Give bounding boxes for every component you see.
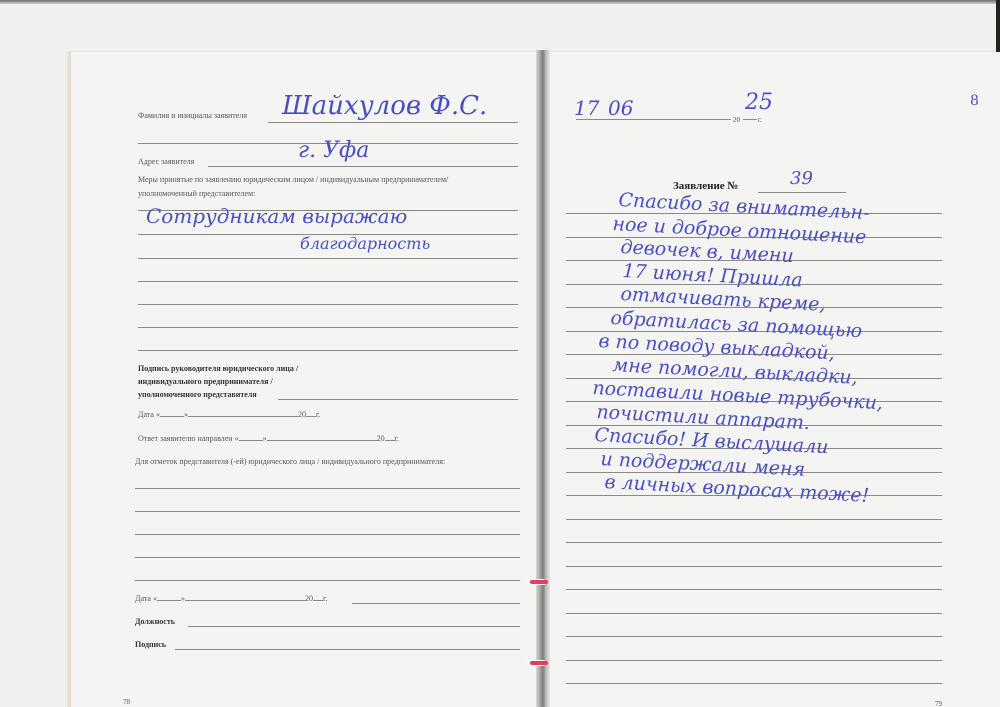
statement-rule-line (566, 613, 942, 614)
signature-line (175, 649, 520, 650)
date2-extra-line (352, 603, 520, 604)
signature-head-label-2: индивидуального предпринимателя / (138, 377, 273, 387)
measures-value-1: Сотрудникам выражаю (146, 206, 407, 226)
statement-rule-line (566, 660, 942, 661)
year-prefix: 20 (733, 115, 740, 125)
notes-label: Для отметок представителя (-ей) юридичес… (135, 457, 445, 467)
measures-line-7 (138, 350, 518, 351)
date2-label: Дата «»20г. (135, 594, 327, 604)
date-day: 17 (574, 98, 599, 118)
statement-rule-line (566, 589, 942, 590)
notes-line-5 (135, 580, 520, 581)
measures-line-5 (138, 304, 518, 305)
statement-number-line (758, 192, 846, 193)
left-page-number: 78 (123, 698, 130, 706)
statement-number: 39 (790, 170, 813, 188)
applicant-name-value: Шайхулов Ф.С. (282, 93, 487, 119)
signature-head-line (278, 399, 518, 400)
statement-rule-line (566, 519, 942, 520)
notes-line-3 (135, 534, 520, 535)
position-line (188, 626, 520, 627)
year-value: 25 (745, 92, 773, 114)
right-page-number: 79 (935, 700, 942, 707)
statement-rule-line (566, 636, 942, 637)
statement-rule-line (566, 566, 942, 567)
staple-bottom (530, 661, 548, 665)
year-suffix: г. (758, 115, 762, 125)
scan-edge-right (996, 0, 1000, 52)
statement-rule-line (566, 542, 942, 543)
measures-line-4 (138, 281, 518, 282)
signature-head-label-1: Подпись руководителя юридического лица / (138, 364, 298, 374)
corner-mark: 8 (970, 94, 979, 108)
scan-edge-top (0, 0, 1000, 4)
applicant-name-label: Фамилия и инициалы заявителя (138, 111, 247, 121)
position-label: Должность (135, 617, 175, 627)
measures-line-3 (138, 258, 518, 259)
notes-line-1 (135, 488, 520, 489)
address-label: Адрес заявителя (138, 157, 194, 167)
measures-line-6 (138, 327, 518, 328)
address-line (208, 166, 518, 167)
date-label: Дата «»20г. (138, 410, 320, 420)
date-month: 06 (608, 98, 633, 118)
signature-head-label-3: уполномоченного представителя (138, 390, 257, 400)
date-line (576, 119, 731, 120)
statement-title: Заявление № (673, 180, 738, 192)
measures-label-2: уполномоченный представителем: (138, 189, 255, 199)
address-value: г. Уфа (298, 140, 369, 162)
applicant-name-line (268, 122, 518, 123)
statement-rule-line (566, 683, 942, 684)
measures-value-2: благодарность (300, 236, 430, 252)
notes-line-2 (135, 511, 520, 512)
signature-label: Подпись (135, 640, 166, 650)
measures-label-1: Меры принятые по заявлению юридическим л… (138, 175, 448, 185)
year-line (743, 119, 757, 120)
book-spine (536, 50, 550, 707)
staple-top (530, 580, 548, 584)
reply-label: Ответ заявителю направлен «»20г. (138, 434, 399, 444)
notes-line-4 (135, 557, 520, 558)
